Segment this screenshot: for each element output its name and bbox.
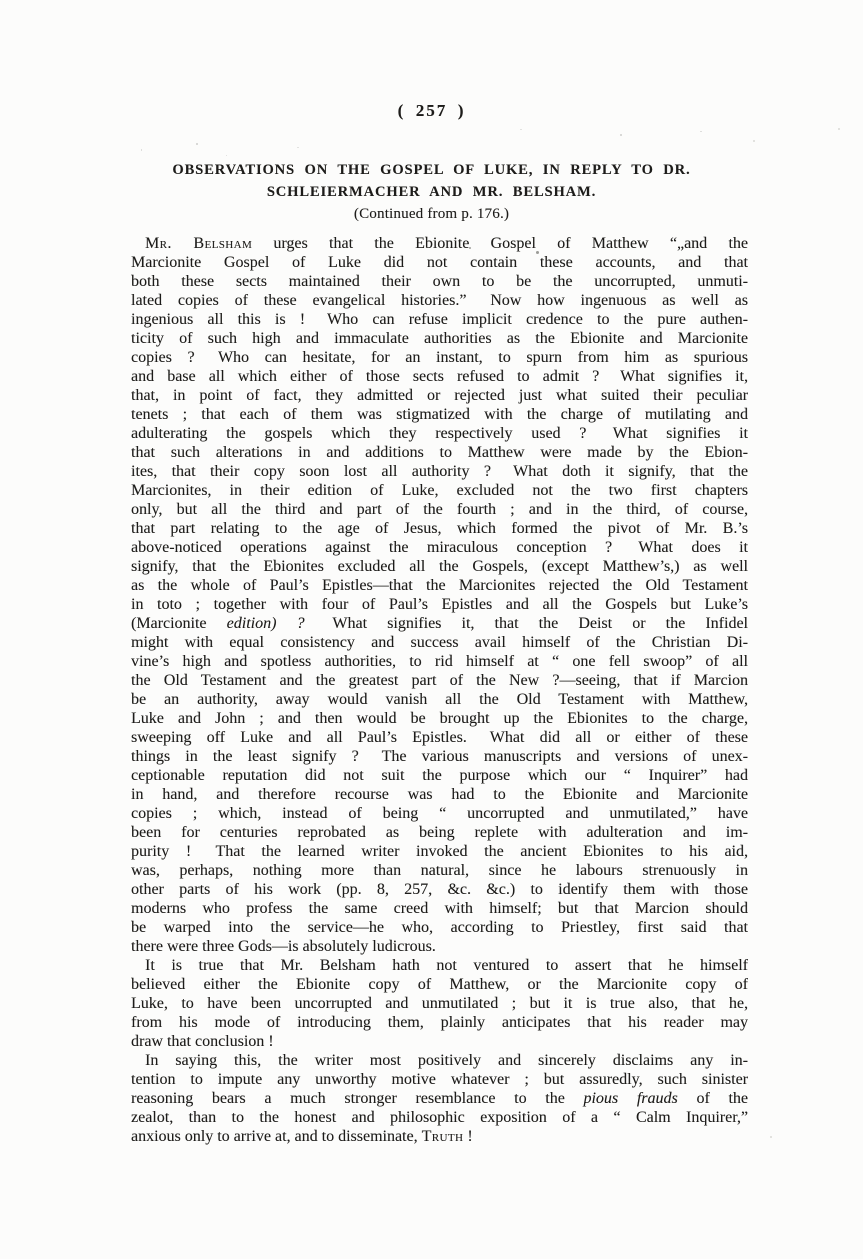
article-title-line2: SCHLEIERMACHER AND MR. BELSHAM. xyxy=(0,182,863,204)
paragraph: Mr. Belsham urges that the Ebionite Gosp… xyxy=(131,234,748,956)
scan-speckle xyxy=(620,134,622,136)
text-line: that such alterations in and additions t… xyxy=(131,443,748,462)
text-line: copies ; which, instead of being “ uncor… xyxy=(131,804,748,823)
scan-speckle xyxy=(838,128,840,130)
text-line: both these sects maintained their own to… xyxy=(131,272,748,291)
continued-note: (Continued from p. 176.) xyxy=(0,206,863,223)
text-line: reasoning bears a much stronger resembla… xyxy=(131,1089,748,1108)
text-line: in toto ; together with four of Paul’s E… xyxy=(131,595,748,614)
text-line: be warped into the service—he who, accor… xyxy=(131,918,748,937)
text-line: things in the least signify ? The variou… xyxy=(131,747,748,766)
text-line: other parts of his work (pp. 8, 257, &c.… xyxy=(131,880,748,899)
text-line: above-noticed operations against the mir… xyxy=(131,538,748,557)
italic-text: edition) ? xyxy=(227,615,305,632)
scan-speckle xyxy=(536,251,539,254)
text-line: copies ? Who can hesitate, for an instan… xyxy=(131,348,748,367)
text-line: from his mode of introducing them, plain… xyxy=(131,1013,748,1032)
text-line: as the whole of Paul’s Epistles—that the… xyxy=(131,576,748,595)
scan-speckle xyxy=(520,129,522,130)
text-line: Luke and John ; and then would be brough… xyxy=(131,709,748,728)
text-line: tention to impute any unworthy motive wh… xyxy=(131,1070,748,1089)
text-line: believed either the Ebionite copy of Mat… xyxy=(131,975,748,994)
scan-speckle xyxy=(469,247,471,249)
text-segment: (Marcionite xyxy=(131,615,227,632)
text-line: tenets ; that each of them was stigmatiz… xyxy=(131,405,748,424)
text-line: only, but all the third and part of the … xyxy=(131,500,748,519)
text-line: ceptionable reputation did not suit the … xyxy=(131,766,748,785)
text-segment: anxious only to arrive at, and to dissem… xyxy=(131,1128,422,1145)
text-line: ticity of such high and immaculate autho… xyxy=(131,329,748,348)
text-line: lated copies of these evangelical histor… xyxy=(131,291,748,310)
text-line: in hand, and therefore recourse was had … xyxy=(131,785,748,804)
text-line: signify, that the Ebionites excluded all… xyxy=(131,557,748,576)
page-number: ( 257 ) xyxy=(0,101,863,121)
text-line: been for centuries reprobated as being r… xyxy=(131,823,748,842)
text-line: and base all which either of those sects… xyxy=(131,367,748,386)
text-segment: reasoning bears a much stronger resembla… xyxy=(131,1090,583,1107)
text-line: Mr. Belsham urges that the Ebionite Gosp… xyxy=(131,234,748,253)
text-line: be an authority, away would vanish all t… xyxy=(131,690,748,709)
text-segment: urges that the Ebionite Gospel of Matthe… xyxy=(252,235,748,252)
article-body: Mr. Belsham urges that the Ebionite Gosp… xyxy=(131,234,748,1146)
text-line: It is true that Mr. Belsham hath not ven… xyxy=(131,956,748,975)
text-line: was, perhaps, nothing more than natural,… xyxy=(131,861,748,880)
text-line: draw that conclusion ! xyxy=(131,1032,748,1051)
text-line: anxious only to arrive at, and to dissem… xyxy=(131,1127,748,1146)
text-line: moderns who profess the same creed with … xyxy=(131,899,748,918)
text-line: zealot, than to the honest and philosoph… xyxy=(131,1108,748,1127)
text-line: there were three Gods—is absolutely ludi… xyxy=(131,937,748,956)
paragraph: It is true that Mr. Belsham hath not ven… xyxy=(131,956,748,1051)
text-line: In saying this, the writer most positive… xyxy=(131,1051,748,1070)
text-line: Marcionite Gospel of Luke did not contai… xyxy=(131,253,748,272)
scan-speckle xyxy=(226,155,227,156)
paragraph: In saying this, the writer most positive… xyxy=(131,1051,748,1146)
scan-speckle xyxy=(297,147,299,148)
text-segment: ! xyxy=(463,1128,472,1145)
text-line: adulterating the gospels which they resp… xyxy=(131,424,748,443)
text-line: might with equal consistency and success… xyxy=(131,633,748,652)
scanned-page: ( 257 ) OBSERVATIONS ON THE GOSPEL OF LU… xyxy=(0,0,863,1259)
text-line: ites, that their copy soon lost all auth… xyxy=(131,462,748,481)
text-line: ingenious all this is ! Who can refuse i… xyxy=(131,310,748,329)
italic-text: pious frauds xyxy=(583,1090,677,1107)
scan-speckle xyxy=(141,149,142,151)
smallcaps-text: Mr. Belsham xyxy=(145,235,252,252)
scan-speckle xyxy=(753,140,755,142)
scan-speckle xyxy=(196,143,198,145)
article-title: OBSERVATIONS ON THE GOSPEL OF LUKE, IN R… xyxy=(0,160,863,203)
text-line: sweeping off Luke and all Paul’s Epistle… xyxy=(131,728,748,747)
smallcaps-text: Truth xyxy=(422,1128,464,1145)
text-line: purity ! That the learned writer invoked… xyxy=(131,842,748,861)
text-line: Marcionites, in their edition of Luke, e… xyxy=(131,481,748,500)
scan-speckle xyxy=(700,131,702,132)
text-line: vine’s high and spotless authorities, to… xyxy=(131,652,748,671)
scan-speckle xyxy=(770,1136,772,1138)
text-line: that part relating to the age of Jesus, … xyxy=(131,519,748,538)
text-segment: What signifies it, that the Deist or the… xyxy=(305,615,748,632)
text-line: (Marcionite edition) ? What signifies it… xyxy=(131,614,748,633)
text-line: Luke, to have been uncorrupted and unmut… xyxy=(131,994,748,1013)
article-title-line1: OBSERVATIONS ON THE GOSPEL OF LUKE, IN R… xyxy=(0,160,863,182)
text-line: the Old Testament and the greatest part … xyxy=(131,671,748,690)
text-segment: of the xyxy=(678,1090,748,1107)
text-line: that, in point of fact, they admitted or… xyxy=(131,386,748,405)
